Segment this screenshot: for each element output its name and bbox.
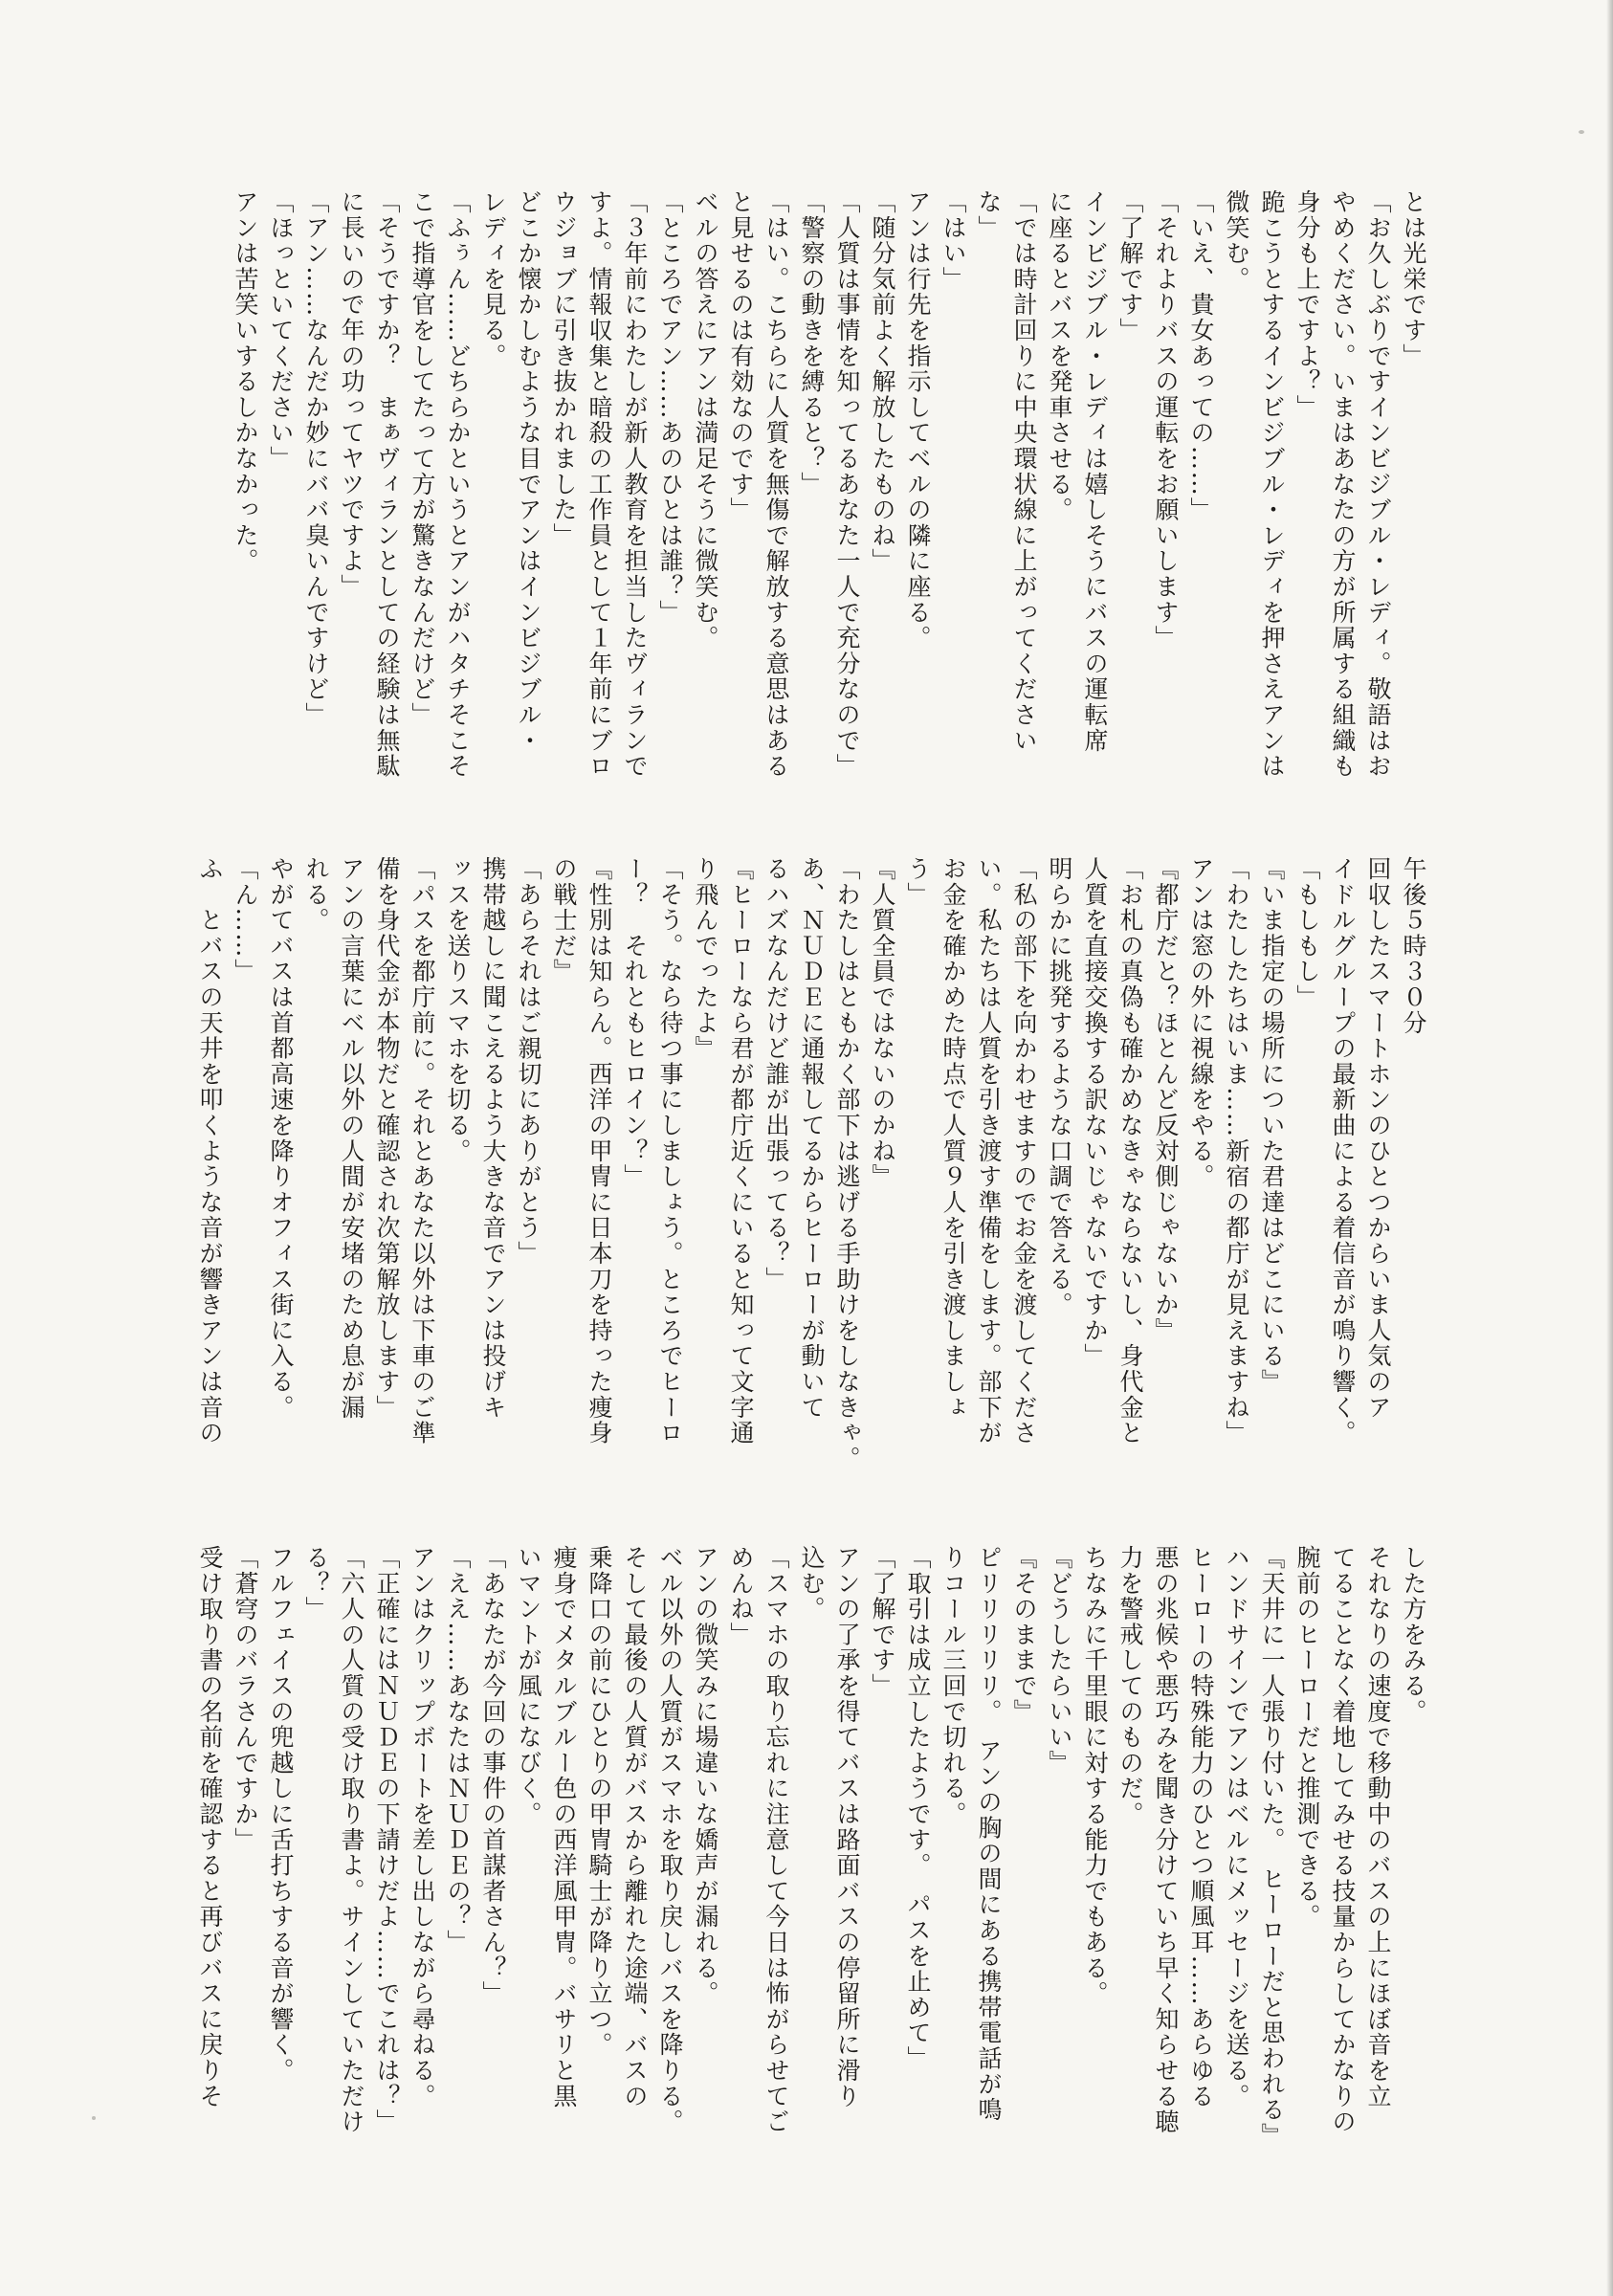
text-band-middle: 午後５時３０分回収したスマートホンのひとつからいま人気のアイドルグループの最新曲… — [192, 856, 1431, 1480]
text-column: 「パスを都庁前に。それとあなた以外は下車のご準 — [405, 856, 440, 1480]
text-column: 『どうしたらいい』 — [1042, 1545, 1077, 2169]
text-column: 「お札の真偽も確かめなきゃならないし、身代金と — [1113, 856, 1148, 1480]
text-column: ちなみに千里眼に対する能力でもある。 — [1077, 1545, 1113, 2169]
text-column: いマントが風になびく。 — [511, 1545, 546, 2169]
text-column: 力を警戒してのものだ。 — [1113, 1545, 1148, 2169]
text-column: 「ふぅん……どちらかというとアンがハタチそこそ — [440, 189, 475, 813]
text-column: ピリリリリリ。 アンの胸の間にある携帯電話が鳴 — [971, 1545, 1006, 2169]
text-column: 携帯越しに聞こえるよう大きな音でアンは投げキ — [475, 856, 511, 1480]
text-column: 回収したスマートホンのひとつからいま人気のア — [1360, 856, 1396, 1480]
text-column: と見せるのは有効なのです」 — [723, 189, 759, 813]
text-column: い。私たちは人質を引き渡す準備をします。部下が — [971, 856, 1006, 1480]
text-column: 「ところでアン……あのひとは誰？」 — [652, 189, 688, 813]
scanned-novel-page: とは光栄です」「お久しぶりですインビジブル・レディ。敬語はおやめください。いまは… — [0, 0, 1613, 2296]
text-column: ウジョブに引き抜かれました」 — [546, 189, 582, 813]
text-column: 「あなたが今回の事件の首謀者さん？」 — [475, 1545, 511, 2169]
text-column: 「それよりバスの運転をお願いします」 — [1148, 189, 1183, 813]
text-column: お金を確かめた時点で人質９人を引き渡しましょ — [936, 856, 971, 1480]
text-column: した方をみる。 — [1396, 1545, 1431, 2169]
text-column: ー？ それともヒロイン？」 — [617, 856, 652, 1480]
text-column: アンの了承を得てバスは路面バスの停留所に滑り — [829, 1545, 865, 2169]
text-column: な」 — [971, 189, 1006, 813]
text-column: アンは窓の外に視線をやる。 — [1183, 856, 1219, 1480]
text-column: に座るとバスを発車させる。 — [1042, 189, 1077, 813]
scan-edge-shadow — [1606, 0, 1613, 2296]
text-column: 「私の部下を向かわせますのでお金を渡してくださ — [1006, 856, 1042, 1480]
text-column: 午後５時３０分 — [1396, 856, 1431, 1480]
text-column: 「随分気前よく解放したものね」 — [865, 189, 900, 813]
text-column: 『性別は知らん。西洋の甲冑に日本刀を持った痩身 — [582, 856, 617, 1480]
text-column: 痩身でメタルブルー色の西洋風甲冑。バサリと黒 — [546, 1545, 582, 2169]
text-column: 『いま指定の場所についた君達はどこにいる』 — [1254, 856, 1290, 1480]
text-column: 「蒼穹のバラさんですか」 — [228, 1545, 263, 2169]
text-column: 「了解です」 — [1113, 189, 1148, 813]
text-column: 「取引は成立したようです。 パスを止めて」 — [900, 1545, 936, 2169]
text-column: 「３年前にわたしが新人教育を担当したヴィランで — [617, 189, 652, 813]
text-column: レディを見る。 — [475, 189, 511, 813]
text-column: の戦士だ』 — [546, 856, 582, 1480]
text-column: 備を身代金が本物だと確認され次第解放します」 — [369, 856, 405, 1480]
text-column: 身分も上ですよ？」 — [1290, 189, 1325, 813]
text-column: やめください。いまはあなたの方が所属する組織も — [1325, 189, 1360, 813]
text-column: ベル以外の人質がスマホを取り戻しバスを降りる。 — [652, 1545, 688, 2169]
text-column: てることなく着地してみせる技量からしてかなりの — [1325, 1545, 1360, 2169]
text-column: 「ほっといてください」 — [263, 189, 298, 813]
text-column: 「スマホの取り忘れに注意して今日は怖がらせてご — [759, 1545, 794, 2169]
text-column: アンはクリップボートを差し出しながら尋ねる。 — [405, 1545, 440, 2169]
text-column: ベルの答えにアンは満足そうに微笑む。 — [688, 189, 723, 813]
text-column: 「もしもし」 — [1290, 856, 1325, 1480]
scan-speck — [1579, 130, 1584, 134]
text-column: 悪の兆候や悪巧みを聞き分けていち早く知らせる聴 — [1148, 1545, 1183, 2169]
text-column: あ、ＮＵＤＥに通報してるからヒーローが動いて — [794, 856, 829, 1480]
text-column: 跪こうとするインビジブル・レディを押さえアンは — [1254, 189, 1290, 813]
text-band-top: とは光栄です」「お久しぶりですインビジブル・レディ。敬語はおやめください。いまは… — [228, 189, 1431, 813]
text-column: 「そう。なら待つ事にしましょう。ところでヒーロ — [652, 856, 688, 1480]
text-column: 「警察の動きを縛ると？」 — [794, 189, 829, 813]
text-column: フルフェイスの兜越しに舌打ちする音が響く。 — [263, 1545, 298, 2169]
text-column: 乗降口の前にひとりの甲冑騎士が降り立つ。 — [582, 1545, 617, 2169]
text-column: 『ヒーローなら君が都庁近くにいると知って文字通 — [723, 856, 759, 1480]
text-column: りコール三回で切れる。 — [936, 1545, 971, 2169]
text-column: 「あらそれはご親切にありがとう」 — [511, 856, 546, 1480]
text-column: ヒーローの特殊能力のひとつ順風耳……あらゆる — [1183, 1545, 1219, 2169]
text-column: 「ん……」 — [228, 856, 263, 1480]
text-column: る？」 — [298, 1545, 334, 2169]
text-column: 「六人の人質の受け取り書よ。サインしていただけ — [334, 1545, 369, 2169]
text-column: アンの微笑みに場違いな嬌声が漏れる。 — [688, 1545, 723, 2169]
text-column: 「正確にはＮＵＤＥの下請けだよ……でこれは？」 — [369, 1545, 405, 2169]
text-column: めんね」 — [723, 1545, 759, 2169]
text-column: に長いので年の功ってヤツですよ」 — [334, 189, 369, 813]
text-column: り飛んでったよ』 — [688, 856, 723, 1480]
text-column: 『そのままで』 — [1006, 1545, 1042, 2169]
text-column: とは光栄です」 — [1396, 189, 1431, 813]
text-column: それなりの速度で移動中のバスの上にほぼ音を立 — [1360, 1545, 1396, 2169]
text-column: 人質を直接交換する訳ないじゃないですか」 — [1077, 856, 1113, 1480]
text-column: インビジブル・レディは嬉しそうにバスの運転席 — [1077, 189, 1113, 813]
text-column: 微笑む。 — [1219, 189, 1254, 813]
text-column: 明らかに挑発するような口調で答える。 — [1042, 856, 1077, 1480]
text-column: 腕前のヒーローだと推測できる。 — [1290, 1545, 1325, 2169]
text-column: ハンドサインでアンはベルにメッセージを送る。 — [1219, 1545, 1254, 2169]
text-column: イドルグループの最新曲による着信音が鳴り響く。 — [1325, 856, 1360, 1480]
text-column: 込む。 — [794, 1545, 829, 2169]
text-column: るハズなんだけど誰が出張ってる？」 — [759, 856, 794, 1480]
text-column: 「わたしたちはいま……新宿の都庁が見えますね」 — [1219, 856, 1254, 1480]
text-column: ふ とバスの天井を叩くような音が響きアンは音の — [192, 856, 228, 1480]
text-column: 「はい。こちらに人質を無傷で解放する意思はある — [759, 189, 794, 813]
text-column: やがてバスは首都高速を降りオフィス街に入る。 — [263, 856, 298, 1480]
text-column: そして最後の人質がバスから離れた途端、バスの — [617, 1545, 652, 2169]
text-column: 『都庁だと？ほとんど反対側じゃないか』 — [1148, 856, 1183, 1480]
text-column: 『人質全員ではないのかね』 — [865, 856, 900, 1480]
text-column: 「了解です」 — [865, 1545, 900, 2169]
text-column: どこか懐かしむような目でアンはインビジブル・ — [511, 189, 546, 813]
text-column: こで指導官をしてたって方が驚きなんだけど」 — [405, 189, 440, 813]
text-column: 「人質は事情を知ってるあなた一人で充分なので」 — [829, 189, 865, 813]
text-column: 「お久しぶりですインビジブル・レディ。敬語はお — [1360, 189, 1396, 813]
text-column: ッスを送りスマホを切る。 — [440, 856, 475, 1480]
text-column: 「いえ、貴女あっての……」 — [1183, 189, 1219, 813]
text-column: アンは行先を指示してベルの隣に座る。 — [900, 189, 936, 813]
text-column: う」 — [900, 856, 936, 1480]
text-column: 『天井に一人張り付いた。 ヒーローだと思われる』 — [1254, 1545, 1290, 2169]
text-column: 「わたしはともかく部下は逃げる手助けをしなきゃ。 — [829, 856, 865, 1480]
text-column: 「はい」 — [936, 189, 971, 813]
text-column: 「ええ……あなたはＮＵＤＥの？」 — [440, 1545, 475, 2169]
text-column: アンは苦笑いするしかなかった。 — [228, 189, 263, 813]
text-column: れる。 — [298, 856, 334, 1480]
text-column: すよ。情報収集と暗殺の工作員として１年前にブロ — [582, 189, 617, 813]
text-column: アンの言葉にベル以外の人間が安堵のため息が漏 — [334, 856, 369, 1480]
text-band-bottom: した方をみる。それなりの速度で移動中のバスの上にほぼ音を立てることなく着地してみ… — [192, 1545, 1431, 2169]
text-column: 受け取り書の名前を確認すると再びバスに戻りそ — [192, 1545, 228, 2169]
text-column: 「アン……なんだか妙にババ臭いんですけど」 — [298, 189, 334, 813]
text-column: 「そうですか？ まぁヴィランとしての経験は無駄 — [369, 189, 405, 813]
scan-speck — [92, 2116, 96, 2120]
text-column: 「では時計回りに中央環状線に上がってください — [1006, 189, 1042, 813]
